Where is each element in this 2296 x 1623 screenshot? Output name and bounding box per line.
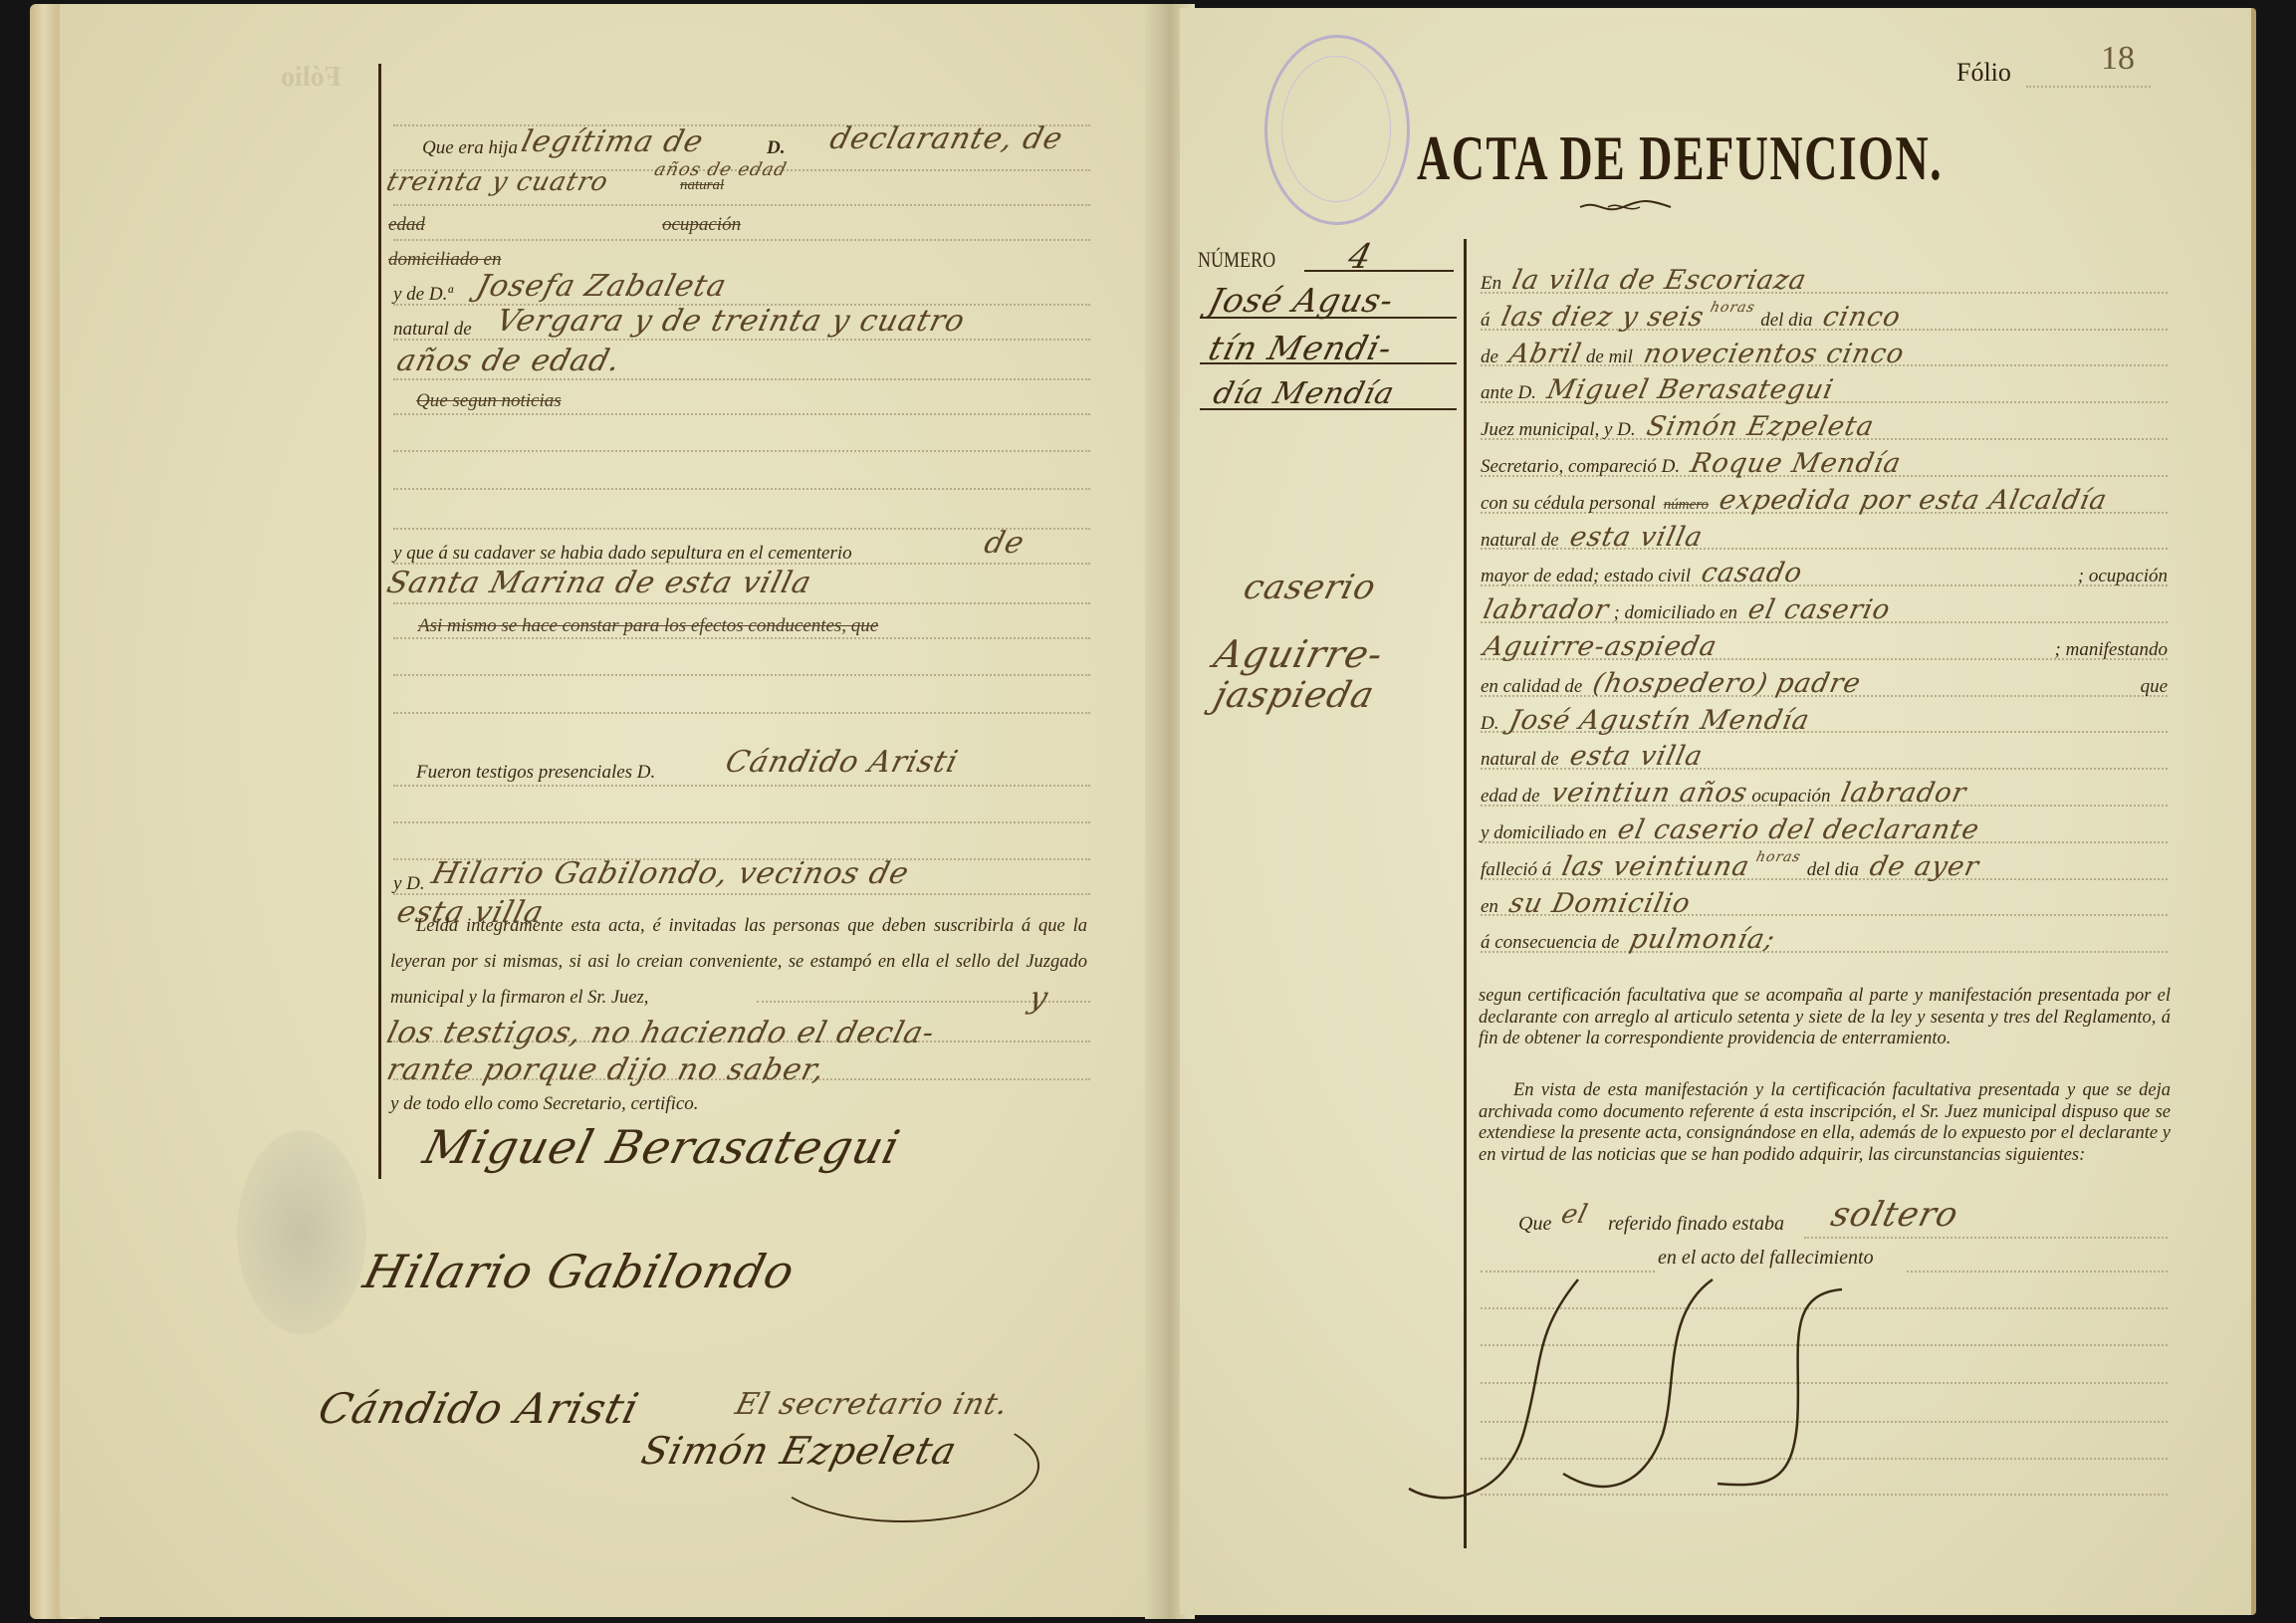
ruled-line [393, 712, 1090, 714]
asimismo-struck: Asi mismo se hace constar para los efect… [418, 615, 878, 637]
margin-note-3: jaspieda [1210, 675, 1379, 716]
madre-handwritten: Josefa Zabaleta [473, 269, 731, 304]
field-label-2: ; manifestando [2055, 639, 2168, 661]
field-struck: número [1664, 497, 1709, 514]
field-value: las diez y seis [1498, 302, 1708, 333]
leida-paragraph: Leida integramente esta acta, é invitada… [390, 908, 1087, 1016]
ruled-line [393, 674, 1090, 676]
field-label: de [1481, 347, 1498, 368]
field-value: Miguel Berasategui [1544, 374, 1837, 405]
field-value: casado [1699, 558, 1805, 588]
field-label-2: ; ocupación [2078, 566, 2168, 587]
field-value: las veintiuna [1559, 851, 1752, 882]
ruled-line [393, 450, 1090, 452]
ruled-line [393, 821, 1090, 823]
field-label-2: que [2141, 676, 2168, 698]
natural-handwritten: Vergara y de treinta y cuatro [493, 304, 969, 339]
field-value: veintiun años [1548, 778, 1750, 809]
field-superscript: horas [1754, 849, 1803, 865]
ruled-line [393, 785, 1090, 787]
field-label: natural de [1481, 530, 1559, 552]
field-value: labrador [1481, 594, 1612, 625]
folio-number: 18 [2101, 40, 2135, 78]
field-label: Juez municipal, y D. [1481, 419, 1636, 441]
noticias-struck: Que segun noticias [416, 390, 562, 412]
acto-line-left [1481, 1271, 1655, 1273]
margin-note-2: Aguirre- [1210, 632, 1388, 676]
certificate-paragraph-1: segun certificación facultativa que se a… [1479, 986, 2171, 1050]
field-label: ante D. [1481, 382, 1536, 404]
embossed-seal [237, 1130, 366, 1334]
field-value: esta villa [1567, 522, 1706, 553]
margin-name-1: José Agus- [1205, 281, 1398, 320]
testigo1-handwritten: Cándido Aristi [722, 745, 962, 780]
field-label: mayor de edad; estado civil [1481, 566, 1691, 587]
field-label: y domiciliado en [1481, 822, 1607, 844]
field-value: el caserio del declarante [1615, 814, 1982, 845]
ruled-line [393, 378, 1090, 380]
field-label: Secretario, compareció D. [1481, 456, 1680, 478]
field-value: Roque Mendía [1688, 448, 1904, 479]
testigos-label: Fueron testigos presenciales D. [416, 762, 655, 784]
field-value: (hospedero) [1590, 668, 1771, 699]
margin-rule [1200, 408, 1457, 410]
cadaver-label: y que á su cadaver se habia dado sepultu… [393, 543, 852, 565]
margin-rule [1200, 317, 1457, 319]
field-value-2: labrador [1838, 778, 1969, 809]
field-value: expedida por esta Alcaldía [1717, 485, 2110, 516]
hija-label: Que era hija [422, 137, 518, 159]
signature-witness-2: Hilario Gabilondo [358, 1245, 801, 1298]
field-row: en calidad de(hospedero)quepadre [1481, 664, 2168, 701]
cancellation-strokes-icon [1404, 1275, 2190, 1513]
field-row: deAbrilde milnovecientos cinco [1481, 335, 2168, 371]
field-label-2: de mil [1586, 347, 1633, 368]
field-row: labrador; domiciliado enel caserio [1481, 590, 2168, 627]
madre-label: y de D.ª [393, 284, 453, 306]
edad-handwritten: treinta y cuatro [383, 167, 611, 197]
field-row: ensu Domicilio [1481, 884, 2168, 921]
acto-line-right [1907, 1271, 2168, 1273]
field-row: Secretario, compareció D.Roque Mendía [1481, 444, 2168, 481]
field-row: mayor de edad; estado civilcasado; ocupa… [1481, 554, 2168, 590]
field-value-2: de ayer [1867, 851, 1982, 882]
leida-handwritten-2: los testigos, no haciendo el decla- [383, 1016, 939, 1050]
natural-label: natural de [393, 319, 472, 341]
ocupacion-struck: ocupación [662, 214, 741, 236]
field-value-2: cinco [1820, 302, 1904, 333]
field-label: D. [1481, 713, 1498, 735]
field-label: edad de [1481, 786, 1540, 808]
ruled-line [393, 204, 1090, 206]
hija-don: D. [767, 137, 785, 159]
signature-flourish [767, 1409, 1039, 1522]
cementerio-handwritten: Santa Marina de esta villa [383, 566, 815, 600]
folio-line [2026, 86, 2151, 88]
field-label: con su cédula personal [1481, 493, 1656, 515]
field-value: Simón Ezpeleta [1644, 411, 1877, 442]
field-superscript: horas [1709, 300, 1757, 316]
edad-struck: edad [388, 214, 425, 236]
left-page [60, 4, 1167, 1617]
field-value: Aguirre-aspieda [1481, 631, 1721, 662]
field-value: Abril [1506, 339, 1585, 369]
leida-handwritten-3: rante porque dijo no saber, [383, 1052, 828, 1087]
hija-handwritten-2: declarante, de [826, 121, 1066, 156]
field-label: á consecuencia de [1481, 932, 1619, 954]
testigo2-label: y D. [393, 873, 425, 895]
field-label: en [1481, 896, 1498, 918]
field-row: con su cédula personalnúmeroexpedida por… [1481, 481, 2168, 518]
field-value: José Agustín Mendía [1506, 705, 1813, 736]
field-row: Enla villa de Escoriaza [1481, 261, 2168, 298]
field-row: falleció álas veintiunahorasdel diade ay… [1481, 847, 2168, 884]
field-row: edad deveintiun añosocupaciónlabrador [1481, 774, 2168, 811]
field-value: pulmonía; [1627, 924, 1778, 955]
margin-note-1: caserio [1240, 568, 1380, 607]
certifico-text: y de todo ello como Secretario, certific… [390, 1093, 699, 1115]
field-value-2: novecientos cinco [1641, 339, 1908, 369]
field-label-2: ; domiciliado en [1613, 602, 1737, 624]
acto-text: en el acto del fallecimiento [1658, 1247, 1874, 1270]
margin-name-3: día Mendía [1210, 376, 1398, 411]
field-label: En [1481, 273, 1501, 295]
certificate-paragraph-2: En vista de esta manifestación y la cert… [1479, 1080, 2171, 1166]
field-row: ante D.Miguel Berasategui [1481, 370, 2168, 407]
numero-label: NÚMERO [1198, 247, 1275, 273]
field-row: Aguirre-aspieda; manifestando [1481, 627, 2168, 664]
ruled-line [393, 339, 1090, 341]
ruled-line [393, 413, 1090, 415]
signature-judge: Miguel Berasategui [418, 1120, 906, 1174]
field-label: natural de [1481, 749, 1559, 771]
field-label-2: ocupación [1751, 786, 1830, 808]
signature-witness-1: Cándido Aristi [314, 1384, 644, 1433]
folio-label: Fólio [1956, 58, 2011, 88]
left-margin-rule [378, 64, 381, 1179]
field-row: natural deesta villa [1481, 518, 2168, 555]
field-value: su Domicilio [1506, 888, 1694, 919]
field-row: álas diez y seishorasdel diacinco [1481, 298, 2168, 335]
title-ornament-icon [1578, 197, 1673, 217]
field-row: á consecuencia depulmonía; [1481, 920, 2168, 957]
field-value-2: padre [1773, 668, 1864, 699]
hija-handwritten: legítima de [518, 124, 707, 159]
field-row: y domiciliado enel caserio del declarant… [1481, 811, 2168, 847]
ruled-line [393, 637, 1090, 639]
field-label-2: del dia [1760, 310, 1812, 332]
court-stamp [1264, 35, 1410, 225]
field-value: la villa de Escoriaza [1509, 265, 1809, 296]
estado-prefix: Que [1518, 1213, 1551, 1236]
margin-rule [1200, 362, 1457, 364]
natural-struck: natural [680, 177, 724, 194]
bleed-through-folio: Fólio [281, 62, 342, 94]
estado-mid: referido finado estaba [1608, 1213, 1784, 1236]
field-row: D.José Agustín Mendía [1481, 701, 2168, 738]
domiciliado-struck: domiciliado en [388, 249, 501, 271]
field-label: falleció á [1481, 859, 1551, 881]
estado-value: soltero [1827, 1195, 1962, 1235]
ruled-line [393, 528, 1090, 530]
testigo2-handwritten: Hilario Gabilondo, vecinos de [428, 856, 913, 891]
field-row: natural deesta villa [1481, 737, 2168, 774]
estado-line [1804, 1237, 2168, 1239]
field-label: en calidad de [1481, 676, 1582, 698]
field-label-2: del dia [1807, 859, 1859, 881]
natural-handwritten-2: años de edad. [393, 344, 624, 378]
field-row: Juez municipal, y D.Simón Ezpeleta [1481, 407, 2168, 444]
ruled-line [393, 602, 1090, 604]
ruled-line [393, 488, 1090, 490]
numero-line [1304, 270, 1454, 272]
field-label: á [1481, 310, 1491, 332]
field-value: esta villa [1567, 741, 1706, 772]
ruled-line [393, 239, 1090, 241]
field-value-2: el caserio [1745, 594, 1894, 625]
page-title: ACTA DE DEFUNCION. [1417, 121, 1943, 195]
